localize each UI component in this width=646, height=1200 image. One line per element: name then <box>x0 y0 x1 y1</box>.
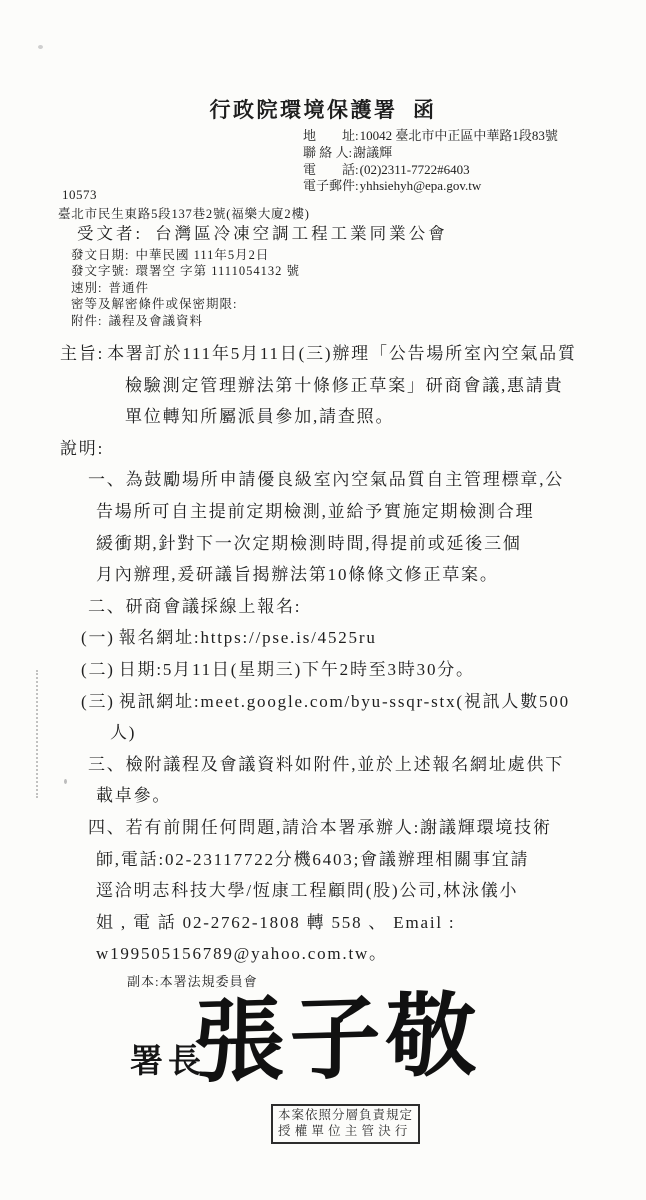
agency-email-value: yhhsiehyh@epa.gov.tw <box>360 178 482 193</box>
agency-address-label: 地 址: <box>303 128 359 143</box>
recipient-line: 受文者:台灣區冷凍空調工程工業同業公會 <box>77 220 448 244</box>
attachment-label: 附件: <box>71 314 102 328</box>
item-marker: 二、 <box>88 597 126 616</box>
explanation-item-1: 告場所可自主提前定期檢測,並給予實施定期檢測合理 <box>0 496 646 528</box>
scanned-official-letter: 行政院環境保護署 函 地 址:10042 臺北市中正區中華路1段83號 聯 絡 … <box>0 0 646 1200</box>
explanation-item-1: 緩衝期,針對下一次定期檢測時間,得提前或延後三個 <box>0 528 646 560</box>
subject-text: 檢驗測定管理辦法第十條修正草案」研商會議,惠請貴 <box>125 376 563 395</box>
agency-contact-person-value: 謝議輝 <box>353 145 392 160</box>
meeting-date-line: (二)日期:5月11日(星期三)下午2時至3時30分。 <box>0 654 646 686</box>
scan-speck <box>38 45 43 49</box>
agency-contact-person-label: 聯 絡 人: <box>303 145 352 160</box>
explanation-item-3: 載卓參。 <box>0 780 646 812</box>
signer-name-signature: 張子敬 <box>193 986 482 1094</box>
document-meta-block: 發文日期:中華民國 111年5月2日 發文字號:環署空 字第 111105413… <box>71 247 300 329</box>
attachment-row: 附件:議程及會議資料 <box>71 313 300 329</box>
subject-line: 單位轉知所屬派員參加,請查照。 <box>0 401 646 433</box>
subject-text: 本署訂於111年5月11日(三)辦理「公告場所室內空氣品質 <box>107 344 577 363</box>
item-text: 緩衝期,針對下一次定期檢測時間,得提前或延後三個 <box>96 534 522 553</box>
explanation-item-4: 逕洽明志科技大學/恆康工程顧問(股)公司,林泳儀小 <box>0 875 646 907</box>
item-marker: 四、 <box>88 818 126 837</box>
attachment-value: 議程及會議資料 <box>108 314 203 328</box>
item-text: w199505156789@yahoo.com.tw。 <box>96 944 388 963</box>
explanation-item-4: 師,電話:02-23117722分機6403;會議辦理相關事宜請 <box>0 844 646 876</box>
classification-label: 密等及解密條件或保密期限: <box>71 297 237 311</box>
item-text: 檢附議程及會議資料如附件,並於上述報名網址處供下 <box>126 755 564 774</box>
subitem-text: 視訊網址:meet.google.com/byu-ssqr-stx(視訊人數50… <box>119 692 570 711</box>
subitem-text: 日期:5月11日(星期三)下午2時至3時30分。 <box>119 660 475 679</box>
explanation-item-3: 三、檢附議程及會議資料如附件,並於上述報名網址處供下 <box>0 749 646 781</box>
item-text: 月內辦理,爰研議旨揭辦法第10條條文修正草案。 <box>96 565 499 584</box>
item-text: 逕洽明志科技大學/恆康工程顧問(股)公司,林泳儀小 <box>96 881 518 900</box>
copy-to-line: 副本:本署法規委員會 <box>127 971 258 990</box>
agency-contact-block: 地 址:10042 臺北市中正區中華路1段83號 聯 絡 人:謝議輝 電 話:(… <box>303 128 558 195</box>
agency-phone-row: 電 話:(02)2311-7722#6403 <box>303 162 558 179</box>
subitem-marker: (三) <box>81 692 115 711</box>
issue-date-value: 中華民國 111年5月2日 <box>135 248 269 262</box>
agency-email-label: 電子郵件: <box>303 178 359 193</box>
agency-contact-person-row: 聯 絡 人:謝議輝 <box>303 145 558 162</box>
subitem-marker: (一) <box>81 628 115 647</box>
delegation-stamp: 本案依照分層負責規定 授權單位主管決行 <box>271 1104 420 1144</box>
subject-line: 檢驗測定管理辦法第十條修正草案」研商會議,惠請貴 <box>0 370 646 402</box>
item-text: 告場所可自主提前定期檢測,並給予實施定期檢測合理 <box>96 502 534 521</box>
item-marker: 一、 <box>88 470 126 489</box>
recipient-label: 受文者: <box>77 224 143 243</box>
explanation-item-2: 二、研商會議採線上報名: <box>0 591 646 623</box>
explanation-item-1: 月內辦理,爰研議旨揭辦法第10條條文修正草案。 <box>0 559 646 591</box>
item-text: 若有前開任何問題,請洽本署承辦人:謝議輝環境技術 <box>126 818 552 837</box>
subject-label: 主旨: <box>60 344 104 363</box>
doc-number-row: 發文字號:環署空 字第 1111054132 號 <box>71 263 300 279</box>
explanation-item-1: 一、為鼓勵場所申請優良級室內空氣品質自主管理標章,公 <box>0 464 646 496</box>
subitem-marker: (二) <box>81 660 115 679</box>
subitem-text: 報名網址:https://pse.is/4525ru <box>119 628 377 647</box>
item-text: 研商會議採線上報名: <box>126 597 302 616</box>
explanation-heading: 說明: <box>0 433 646 465</box>
issue-date-row: 發文日期:中華民國 111年5月2日 <box>71 247 300 263</box>
explanation-item-4: 四、若有前開任何問題,請洽本署承辦人:謝議輝環境技術 <box>0 812 646 844</box>
agency-address-value: 10042 臺北市中正區中華路1段83號 <box>360 128 558 143</box>
subitem-text: 人) <box>110 723 136 742</box>
item-text: 姐 , 電 話 02-2762-1808 轉 558 、 Email : <box>96 913 455 932</box>
contact-email-line: w199505156789@yahoo.com.tw。 <box>0 938 646 970</box>
doc-number-value: 環署空 字第 1111054132 號 <box>135 264 299 278</box>
classification-row: 密等及解密條件或保密期限: <box>71 296 300 312</box>
stamp-text-line: 本案依照分層負責規定 <box>278 1108 413 1124</box>
stamp-text-line: 授權單位主管決行 <box>278 1124 413 1140</box>
video-url-line: (三)視訊網址:meet.google.com/byu-ssqr-stx(視訊人… <box>0 686 646 718</box>
subject-text: 單位轉知所屬派員參加,請查照。 <box>125 407 394 426</box>
agency-phone-label: 電 話: <box>303 162 359 177</box>
subject-line: 主旨:本署訂於111年5月11日(三)辦理「公告場所室內空氣品質 <box>0 338 646 370</box>
agency-address-row: 地 址:10042 臺北市中正區中華路1段83號 <box>303 128 558 145</box>
doc-number-label: 發文字號: <box>71 264 129 278</box>
letter-body: 主旨:本署訂於111年5月11日(三)辦理「公告場所室內空氣品質 檢驗測定管理辦… <box>0 338 646 970</box>
priority-row: 速別:普通件 <box>71 280 300 296</box>
priority-value: 普通件 <box>108 281 149 295</box>
item-text: 師,電話:02-23117722分機6403;會議辦理相關事宜請 <box>96 850 529 869</box>
priority-label: 速別: <box>71 281 102 295</box>
video-url-line: 人) <box>0 717 646 749</box>
item-text: 為鼓勵場所申請優良級室內空氣品質自主管理標章,公 <box>126 470 564 489</box>
document-title: 行政院環境保護署 函 <box>0 94 646 124</box>
registration-url-line: (一)報名網址:https://pse.is/4525ru <box>0 622 646 654</box>
item-marker: 三、 <box>88 755 126 774</box>
recipient-name: 台灣區冷凍空調工程工業同業公會 <box>155 224 448 243</box>
recipient-postal-code: 10573 <box>62 187 97 203</box>
explanation-item-4: 姐 , 電 話 02-2762-1808 轉 558 、 Email : <box>0 907 646 939</box>
agency-email-row: 電子郵件:yhhsiehyh@epa.gov.tw <box>303 178 558 195</box>
agency-phone-value: (02)2311-7722#6403 <box>360 162 470 177</box>
issue-date-label: 發文日期: <box>71 248 129 262</box>
item-text: 載卓參。 <box>96 786 171 805</box>
